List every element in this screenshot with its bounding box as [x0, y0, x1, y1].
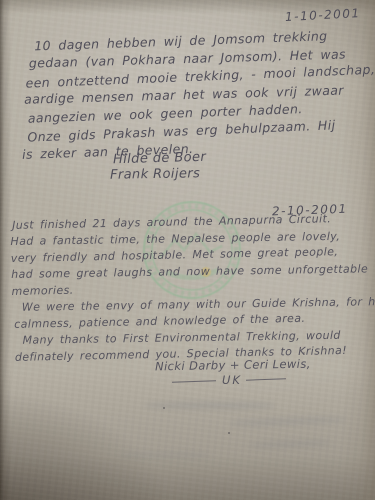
signature: Frank Roijers — [110, 166, 200, 183]
pen-dash — [246, 378, 286, 380]
signature: Hilde de Boer — [113, 150, 207, 167]
paper-speck — [228, 432, 230, 434]
paper-speck — [303, 352, 305, 354]
bleed-through-smudge — [230, 416, 345, 427]
signature: Nicki Darby + Ceri Lewis, — [155, 357, 311, 374]
entry-2-text: Just finished 21 days around the Annapur… — [8, 210, 375, 366]
bleed-through-smudge — [120, 452, 210, 458]
pen-dash — [172, 380, 216, 383]
signature-location: UK — [222, 373, 242, 387]
paper-speck — [163, 407, 165, 409]
entry-1-text: 10 dagen hebben wij de Jomsom trekking g… — [18, 26, 375, 164]
guestbook-page-photo: 1-10-2001 10 dagen hebben wij de Jomsom … — [0, 0, 375, 500]
entry-1-date: 1-10-2001 — [285, 6, 361, 24]
bleed-through-smudge — [250, 440, 330, 449]
